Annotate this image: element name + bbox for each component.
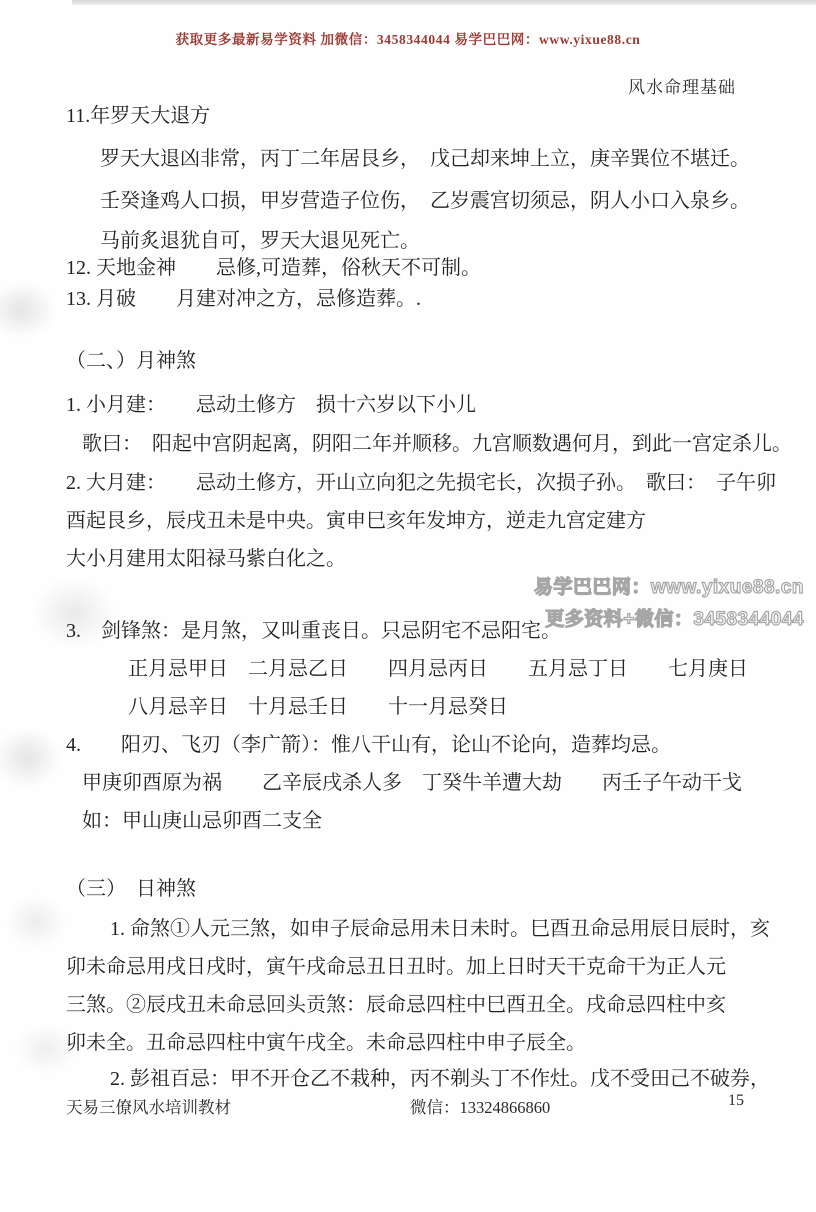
scan-smudge (0, 728, 60, 788)
month-item-3: 3. 剑锋煞：是月煞，又叫重丧日。只忌阴宅不忌阳宅。 (66, 618, 561, 644)
footer-material-name: 天易三僚风水培训教材 (66, 1094, 231, 1118)
item-13: 13. 月破 月建对冲之方，忌修造葬。. (66, 286, 421, 312)
scan-smudge (0, 282, 56, 338)
month-item-1-song: 歌曰： 阳起中宫阴起离，阴阳二年并顺移。九宫顺数遇何月，到此一宫定杀儿。 (82, 431, 792, 457)
scanned-document-page: 获取更多最新易学资料 加微信：3458344044 易学巴巴网：www.yixu… (0, 0, 816, 1212)
promo-header-notice: 获取更多最新易学资料 加微信：3458344044 易学巴巴网：www.yixu… (0, 28, 816, 48)
month-item-2-line1: 2. 大月建： 忌动土修方，开山立向犯之先损宅长，次损子孙。 歌曰： 子午卯 (66, 470, 776, 496)
footer-wechat: 微信：13324866860 (410, 1094, 550, 1118)
watermark-site-line: 易学巴巴网：www.yixue88.cn (534, 572, 804, 604)
scan-edge-artifact (72, 0, 816, 5)
day-item-1-line1: 1. 命煞①人元三煞，如申子辰命忌用未日未时。巳酉丑命忌用辰日辰时，亥 (110, 916, 770, 942)
day-item-1-line2: 卯未命忌用戌日戌时，寅午戌命忌丑日丑时。加上日时天干克命干为正人元 (66, 954, 726, 980)
month-item-3-taboo2: 八月忌辛日 十月忌壬日 十一月忌癸日 (128, 694, 508, 720)
poem-line-2: 壬癸逢鸡人口损，甲岁营造子位伤， 乙岁震宫切须忌，阴人小口入泉乡。 (100, 188, 750, 214)
day-item-1-line3: 三煞。②辰戌丑未命忌回头贡煞：辰命忌四柱中巳酉丑全。戌命忌四柱中亥 (66, 992, 726, 1018)
footer-page-number: 15 (728, 1092, 744, 1110)
section-2-title: （二、）月神煞 (66, 348, 196, 374)
month-item-2-line3: 大小月建用太阳禄马紫白化之。 (66, 546, 346, 572)
poem-line-3: 马前炙退犹自可，罗天大退见死亡。 (100, 228, 420, 254)
poem-line-1: 罗天大退凶非常，丙丁二年居艮乡， 戊己却来坤上立，庚辛巽位不堪迁。 (100, 146, 750, 172)
day-item-1-line4: 卯未全。丑命忌四柱中寅午戌全。未命忌四柱中申子辰全。 (66, 1030, 586, 1056)
section-3-title: （三） 日神煞 (66, 876, 196, 902)
document-title: 风水命理基础 (628, 73, 736, 98)
month-item-4-line3: 如：甲山庚山忌卯酉二支全 (82, 808, 322, 834)
watermark-wechat-line: 更多资料+微信：3458344044 (534, 604, 804, 636)
item-11-title: 11.年罗天大退方 (66, 103, 210, 129)
month-item-1: 1. 小月建： 忌动土修方 损十六岁以下小儿 (66, 392, 476, 418)
scan-smudge (6, 896, 66, 948)
month-item-2-line2: 酉起艮乡，辰戌丑未是中央。寅申巳亥年发坤方，逆走九宫定建方 (66, 508, 646, 534)
item-12: 12. 天地金神 忌修,可造葬，俗秋天不可制。 (66, 255, 481, 281)
month-item-4: 4. 阳刃、飞刃（李广箭）：惟八干山有，论山不论向，造葬均忌。 (66, 732, 671, 758)
month-item-3-taboo1: 正月忌甲日 二月忌乙日 四月忌丙日 五月忌丁日 七月庚日 (128, 656, 748, 682)
day-item-2: 2. 彭祖百忌：甲不开仓乙不栽种，丙不剃头丁不作灶。戊不受田己不破券， (110, 1066, 770, 1092)
month-item-4-line2: 甲庚卯酉原为祸 乙辛辰戌杀人多 丁癸牛羊遭大劫 丙壬子午动干戈 (82, 770, 742, 796)
site-watermark: 易学巴巴网：www.yixue88.cn 更多资料+微信：3458344044 (534, 572, 804, 636)
